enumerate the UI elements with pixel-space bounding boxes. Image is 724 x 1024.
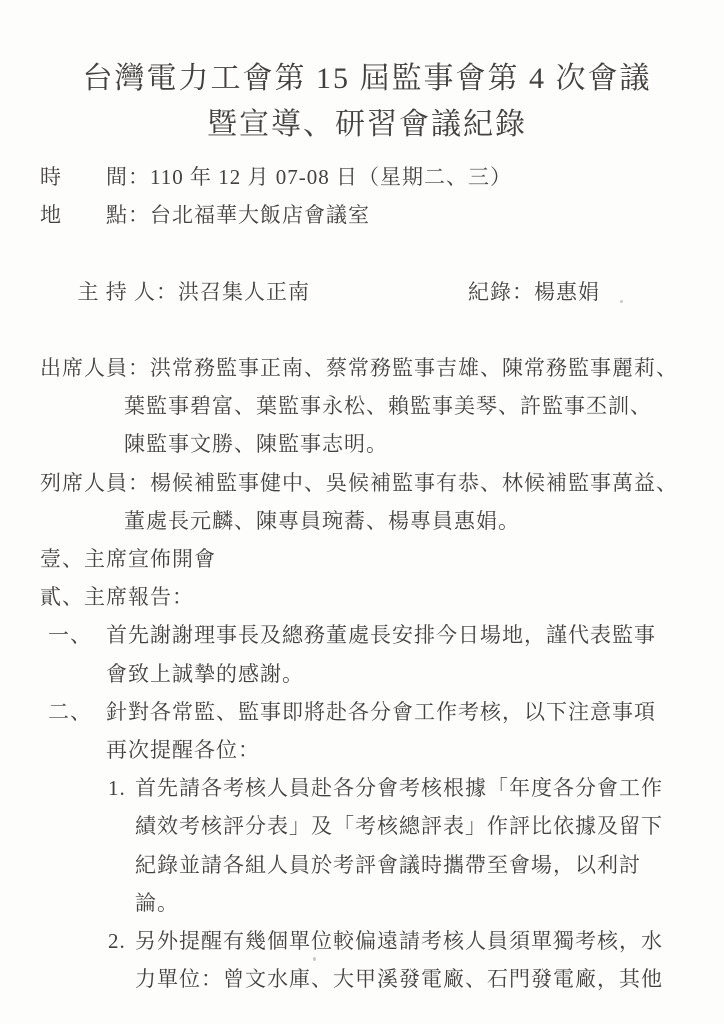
observers-row: 列席人員：楊候補監事健中、吳候補監事有恭、林候補監事萬益、 [40,464,694,502]
scanned-document-page: 台灣電力工會第 15 屆監事會第 4 次會議 暨宣導、研習會議紀錄 時 間：11… [0,0,724,1024]
section-2-heading: 貳、主席報告： [40,578,694,616]
observers-label: 列席人員： [40,464,150,502]
scan-artifact-speck [620,300,623,303]
meta-chair-line: 主 持 人：洪召集人正南 [78,280,311,304]
note-item-1-marker: 1. [108,769,135,807]
attendees-label: 出席人員： [40,349,150,387]
meta-chair-row: 主 持 人：洪召集人正南紀錄：楊惠娟 [40,234,694,349]
attendees-line-1: 洪常務監事正南、蔡常務監事吉雄、陳常務監事麗莉、 [150,349,678,387]
note-item-2-marker: 2. [108,922,135,960]
document-body: 時 間：110 年 12 月 07-08 日（星期二、三） 地 點：台北福華大飯… [40,158,694,998]
note-item-1-line-1: 首先請各考核人員赴各分會考核根據「年度各分會工作 [135,769,663,807]
report-item-2: 二、針對各常監、監事即將赴各分會工作考核，以下注意事項 [40,693,694,731]
report-item-1-line-2: 會致上誠摯的感謝。 [40,655,694,693]
note-item-1-line-4: 論。 [40,884,694,922]
report-item-2-line-1: 針對各常監、監事即將赴各分會工作考核，以下注意事項 [106,693,656,731]
note-item-2-line-1: 另外提醒有幾個單位較偏遠請考核人員須單獨考核，水 [135,922,663,960]
section-1-heading: 壹、主席宣佈開會 [40,540,694,578]
note-item-1: 1.首先請各考核人員赴各分會考核根據「年度各分會工作 [40,769,694,807]
note-item-1-line-2: 績效考核評分表」及「考核總評表」作評比依據及留下 [40,807,694,845]
attendees-row: 出席人員：洪常務監事正南、蔡常務監事吉雄、陳常務監事麗莉、 [40,349,694,387]
note-item-1-line-3: 紀錄並請各組人員於考評會議時攜帶至會場，以利討 [40,846,694,884]
attendees-line-3: 陳監事文勝、陳監事志明。 [40,425,694,463]
report-item-1-marker: 一、 [48,616,106,654]
meta-recorder-line: 紀錄：楊惠娟 [468,280,600,304]
document-title-line2: 暨宣導、研習會議紀錄 [40,102,694,148]
note-item-2-line-2: 力單位：曾文水庫、大甲溪發電廠、石門發電廠，其他 [40,960,694,998]
meta-place-line: 地 點：台北福華大飯店會議室 [40,196,694,234]
attendees-line-2: 葉監事碧富、葉監事永松、賴監事美琴、許監事丕訓、 [40,387,694,425]
scan-artifact-speck [313,957,316,961]
document-title-line1: 台灣電力工會第 15 屆監事會第 4 次會議 [40,56,694,102]
observers-line-2: 董處長元麟、陳專員琬蕎、楊專員惠娟。 [40,502,694,540]
note-item-2: 2.另外提醒有幾個單位較偏遠請考核人員須單獨考核，水 [40,922,694,960]
observers-line-1: 楊候補監事健中、吳候補監事有恭、林候補監事萬益、 [150,464,678,502]
report-item-2-marker: 二、 [48,693,106,731]
report-item-1-line-1: 首先謝謝理事長及總務董處長安排今日場地，謹代表監事 [106,616,656,654]
report-item-1: 一、首先謝謝理事長及總務董處長安排今日場地，謹代表監事 [40,616,694,654]
report-item-2-line-2: 再次提醒各位： [40,731,694,769]
meta-time-line: 時 間：110 年 12 月 07-08 日（星期二、三） [40,158,694,196]
